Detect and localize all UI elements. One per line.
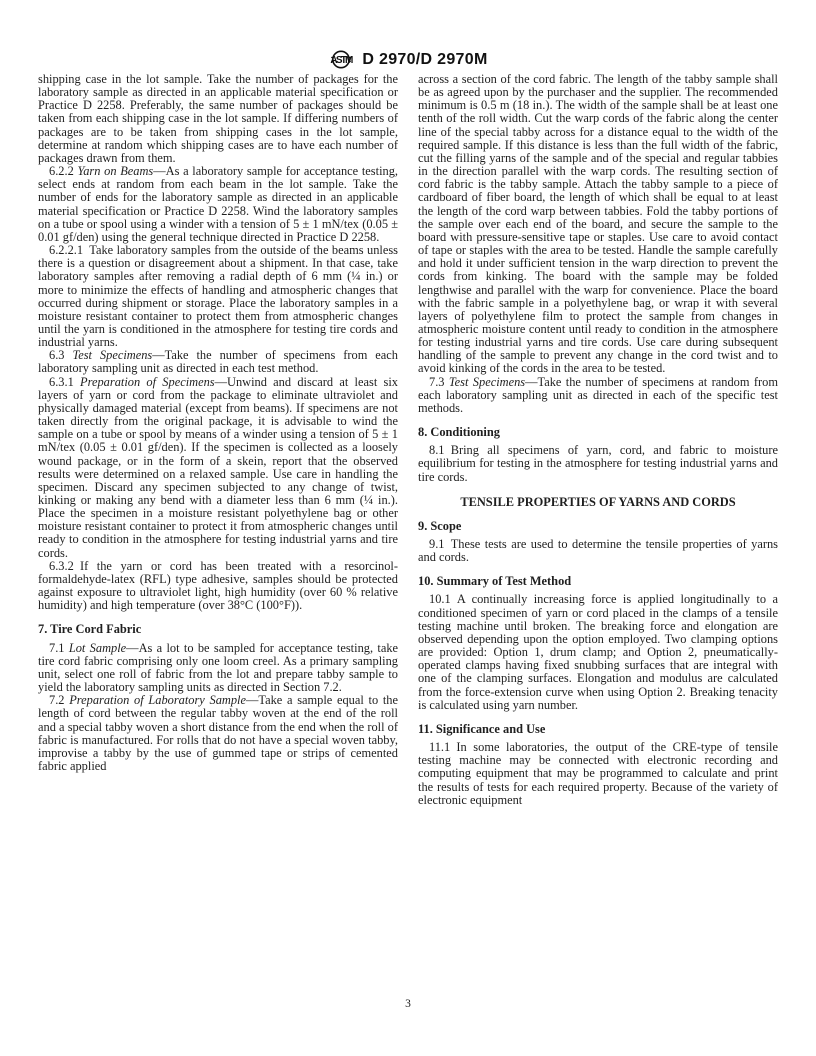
paragraph: across a section of the cord fabric. The… [418, 73, 778, 376]
paragraph: 9.1 These tests are used to determine th… [418, 538, 778, 564]
document-body: shipping case in the lot sample. Take th… [38, 73, 778, 807]
page-footer: 3 [0, 998, 816, 1010]
paragraph: 6.3.1 Preparation of Specimens—Unwind an… [38, 376, 398, 560]
svg-text:ASTM: ASTM [331, 55, 354, 66]
doc-number: D 2970/D 2970M [362, 51, 487, 69]
paragraph: 7.3 Test Specimens—Take the number of sp… [418, 376, 778, 415]
section-heading: 9. Scope [418, 520, 778, 533]
paragraph: 10.1 A continually increasing force is a… [418, 593, 778, 711]
center-heading: TENSILE PROPERTIES OF YARNS AND CORDS [418, 496, 778, 509]
section-heading: 7. Tire Cord Fabric [38, 623, 398, 636]
paragraph: 6.3.2 If the yarn or cord has been treat… [38, 560, 398, 613]
paragraph: 11.1 In some laboratories, the output of… [418, 741, 778, 807]
paragraph: 6.2.2.1 Take laboratory samples from the… [38, 244, 398, 349]
paragraph: 6.3 Test Specimens—Take the number of sp… [38, 349, 398, 375]
page-number: 3 [405, 998, 411, 1010]
left-column: shipping case in the lot sample. Take th… [38, 73, 398, 807]
paragraph: 7.2 Preparation of Laboratory Sample—Tak… [38, 694, 398, 773]
astm-logo-icon: ASTM [328, 50, 354, 69]
paragraph: 7.1 Lot Sample—As a lot to be sampled fo… [38, 642, 398, 695]
section-heading: 8. Conditioning [418, 426, 778, 439]
section-heading: 10. Summary of Test Method [418, 575, 778, 588]
right-column: across a section of the cord fabric. The… [418, 73, 778, 807]
paragraph: shipping case in the lot sample. Take th… [38, 73, 398, 165]
paragraph: 6.2.2 Yarn on Beams—As a laboratory samp… [38, 165, 398, 244]
paragraph: 8.1 Bring all specimens of yarn, cord, a… [418, 444, 778, 483]
page-header: ASTM D 2970/D 2970M [0, 50, 816, 69]
section-heading: 11. Significance and Use [418, 723, 778, 736]
